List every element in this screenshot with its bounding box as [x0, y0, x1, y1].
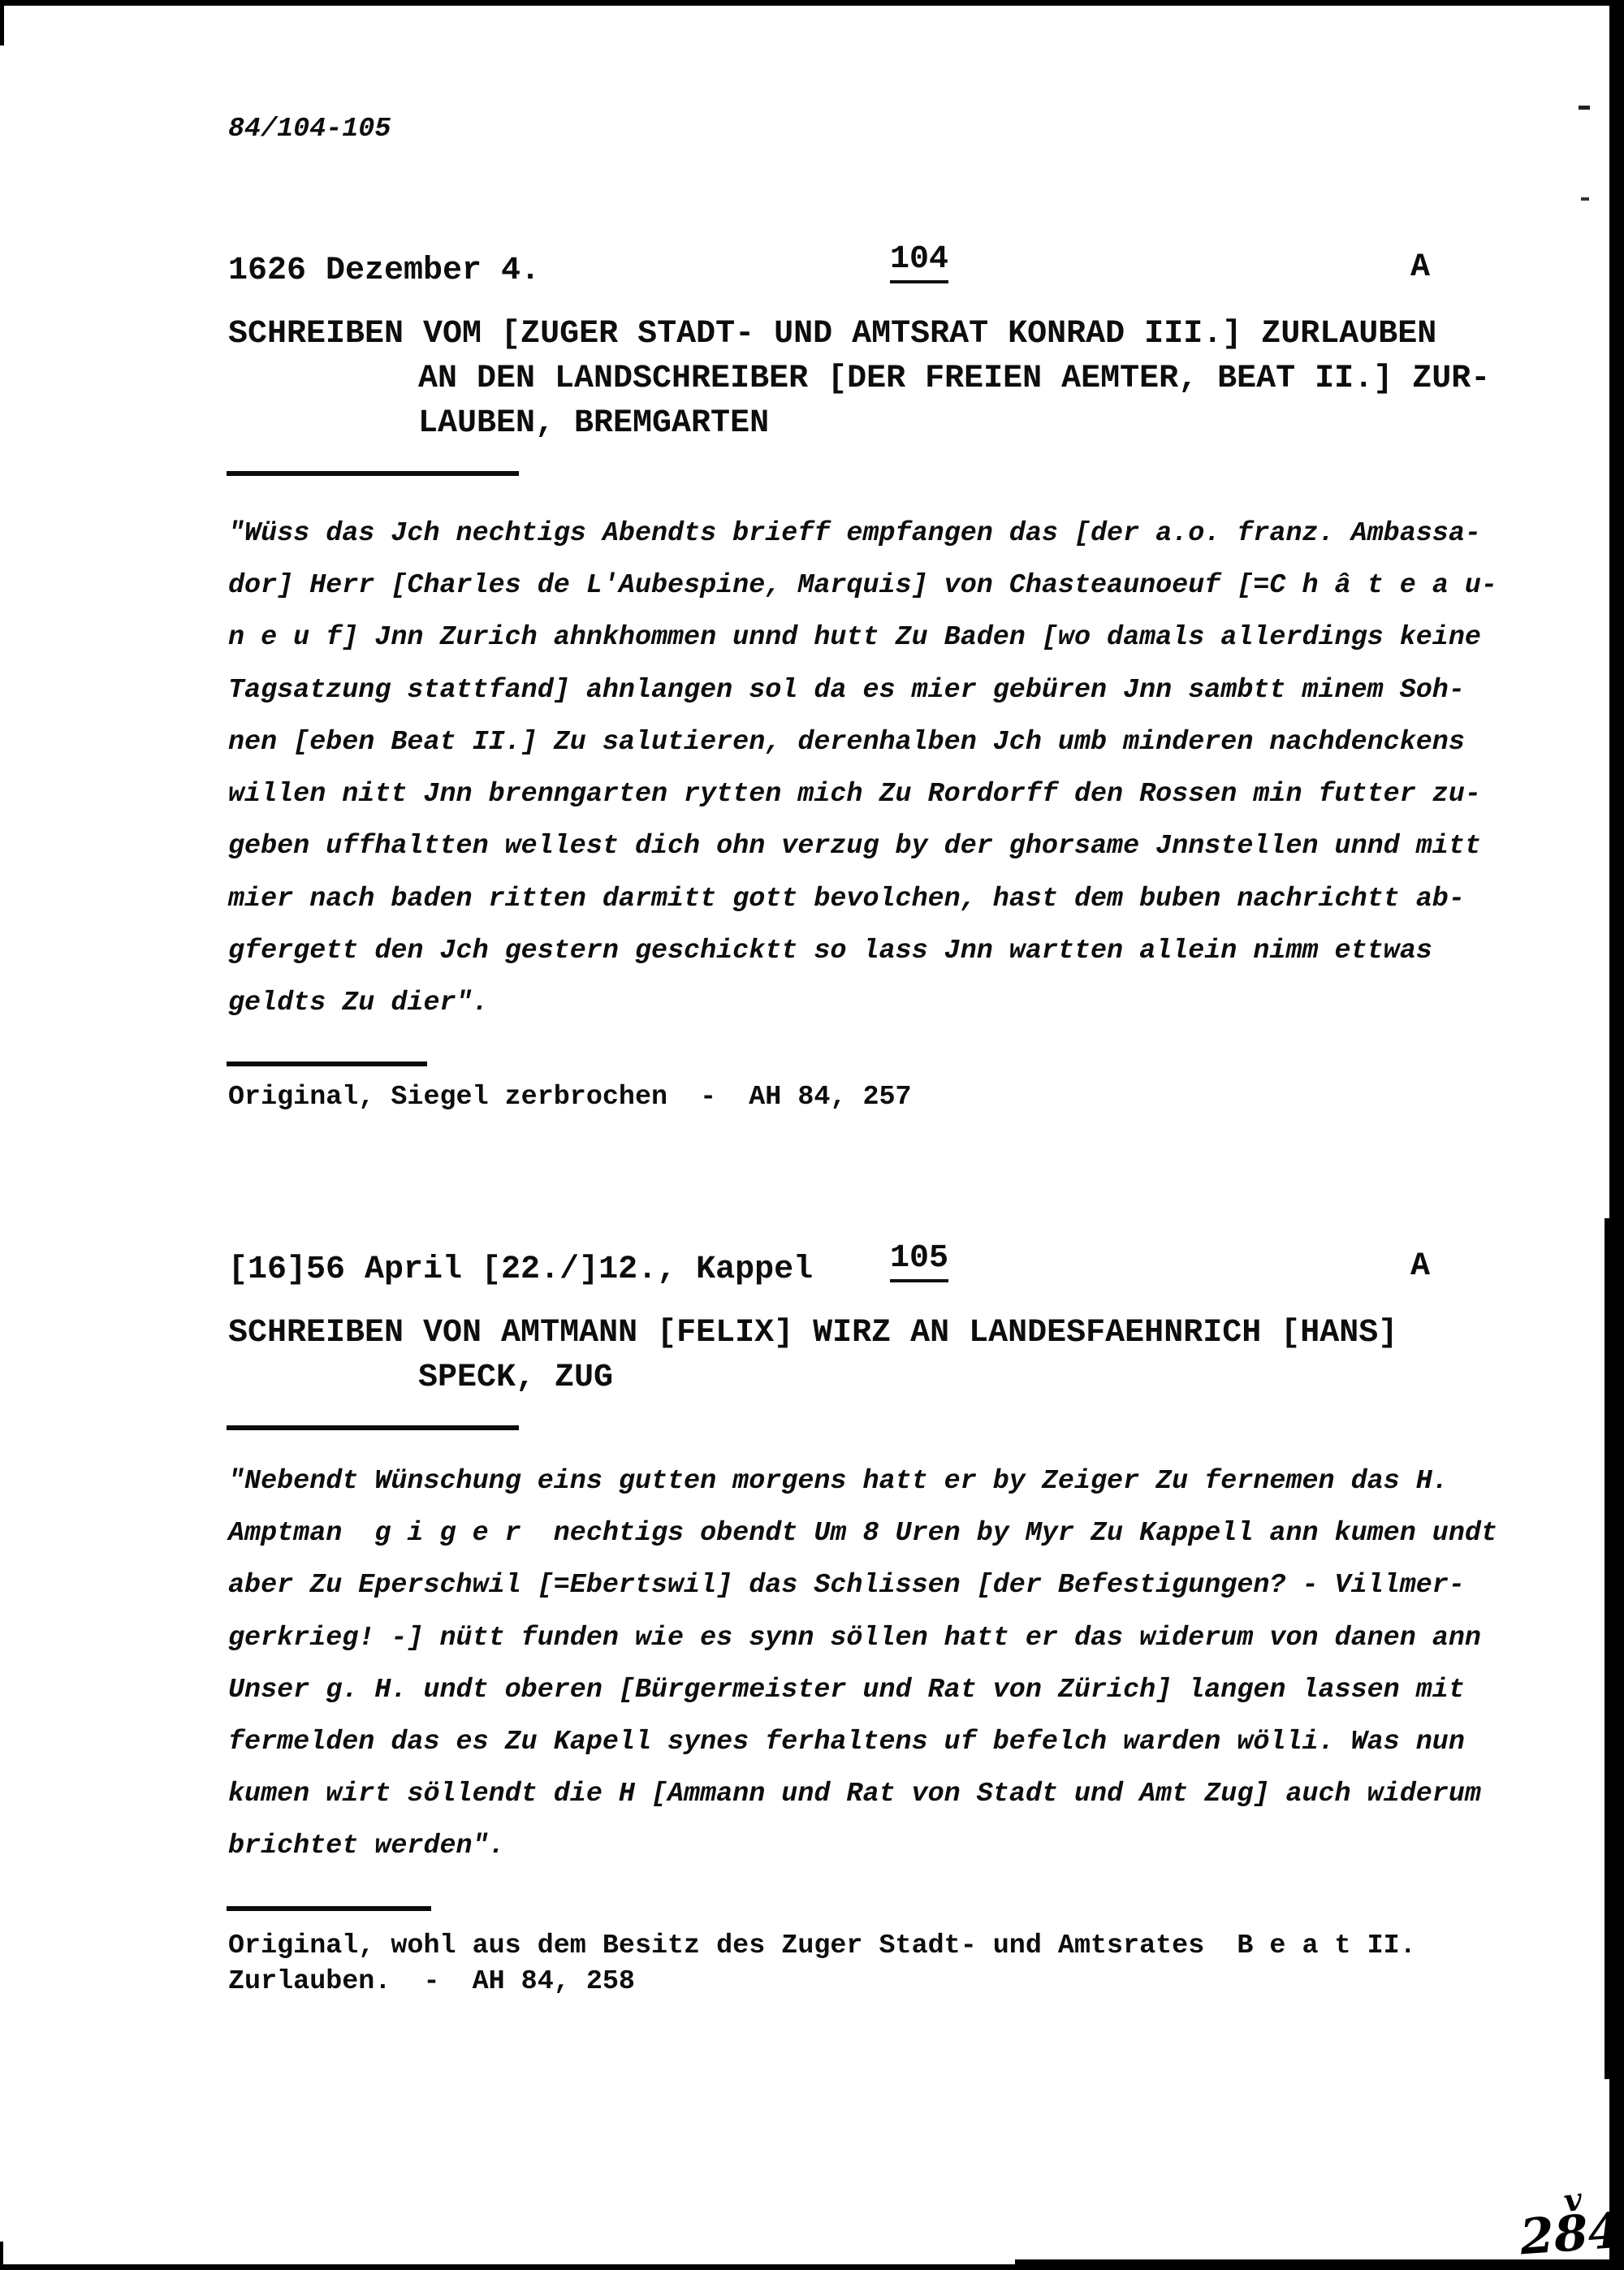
entry-104-date: 1626 Dezember 4.: [228, 255, 540, 288]
divider-rule: [227, 1061, 427, 1066]
entry-104-quote-line: nen [eben Beat II.] Zu salutieren, deren…: [228, 729, 1465, 756]
entry-105-number: 105: [812, 1210, 948, 1308]
entry-104-title-line: AN DEN LANDSCHREIBER [DER FREIEN AEMTER,…: [418, 363, 1490, 396]
entry-105-title-line: SPECK, ZUG: [418, 1362, 613, 1394]
scan-speck-right-2: [1581, 197, 1589, 201]
entry-104-quote-line: mier nach baden ritten darmitt gott bevo…: [228, 886, 1465, 913]
entry-104-quote-line: dor] Herr [Charles de L'Aubespine, Marqu…: [228, 573, 1497, 599]
divider-rule: [227, 1425, 519, 1430]
divider-rule: [227, 1906, 431, 1911]
scan-corner-bottom-left: [0, 2242, 3, 2270]
entry-105-title-line: SCHREIBEN VON AMTMANN [FELIX] WIRZ AN LA…: [228, 1317, 1397, 1350]
entry-104-number-text: 104: [890, 241, 948, 283]
entry-105-quote-line: aber Zu Eperschwil [=Ebertswil] das Schl…: [228, 1572, 1465, 1599]
entry-104-quote-line: willen nitt Jnn brenngarten rytten mich …: [228, 781, 1481, 808]
entry-104-title-line: SCHREIBEN VOM [ZUGER STADT- UND AMTSRAT …: [228, 318, 1436, 351]
entry-104-source: Original, Siegel zerbrochen - AH 84, 257: [228, 1084, 912, 1111]
entry-105-date: [16]56 April [22./]12., Kappel: [228, 1254, 813, 1286]
entry-105-quote-line: Amptman g i g e r nechtigs obendt Um 8 U…: [228, 1520, 1497, 1547]
scan-edge-top: [0, 0, 1624, 6]
entry-104-quote-line: n e u f] Jnn Zurich ahnkhommen unnd hutt…: [228, 625, 1481, 651]
scan-edge-right: [1609, 0, 1624, 2270]
entry-104-quote-line: "Wüss das Jch nechtigs Abendts brieff em…: [228, 521, 1481, 547]
entry-105-quote-line: Unser g. H. undt oberen [Bürgermeister u…: [228, 1677, 1465, 1704]
entry-105-quote-line: gerkrieg! -] nütt funden wie es synn söl…: [228, 1625, 1481, 1652]
divider-rule: [227, 471, 519, 476]
scanned-document-page: 84/104-105 104 1626 Dezember 4. A SCHREI…: [0, 0, 1624, 2270]
entry-105-corner-mark: A: [1410, 1251, 1430, 1283]
entry-105-source-line: Original, wohl aus dem Besitz des Zuger …: [228, 1933, 1416, 1960]
scan-speck-right-1: [1579, 106, 1590, 110]
entry-104-corner-mark: A: [1410, 252, 1430, 284]
entry-105-source-line: Zurlauben. - AH 84, 258: [228, 1969, 635, 1995]
entry-104-number: 104: [812, 211, 948, 309]
handwritten-page-number: 284: [1518, 2203, 1624, 2267]
entry-104-quote-line: geben uffhaltten wellest dich ohn verzug…: [228, 833, 1481, 860]
entry-105-quote-line: kumen wirt söllendt die H [Ammann und Ra…: [228, 1781, 1481, 1808]
entry-104-title-line: LAUBEN, BREMGARTEN: [418, 408, 769, 440]
entry-105-quote-line: "Nebendt Wünschung eins gutten morgens h…: [228, 1468, 1449, 1495]
entry-104-quote-line: gfergett den Jch gestern geschicktt so l…: [228, 938, 1432, 965]
entry-105-quote-line: brichtet werden".: [228, 1833, 505, 1860]
entry-104-quote-line: geldts Zu dier".: [228, 990, 489, 1017]
entry-104-quote-line: Tagsatzung stattfand] ahnlangen sol da e…: [228, 677, 1465, 704]
entry-105-number-text: 105: [890, 1240, 948, 1282]
archive-signature: 84/104-105: [228, 116, 391, 143]
scan-corner-top-left: [0, 0, 4, 45]
scan-edge-right-wide: [1605, 1218, 1611, 2079]
entry-105-quote-line: fermelden das es Zu Kapell synes ferhalt…: [228, 1729, 1465, 1756]
